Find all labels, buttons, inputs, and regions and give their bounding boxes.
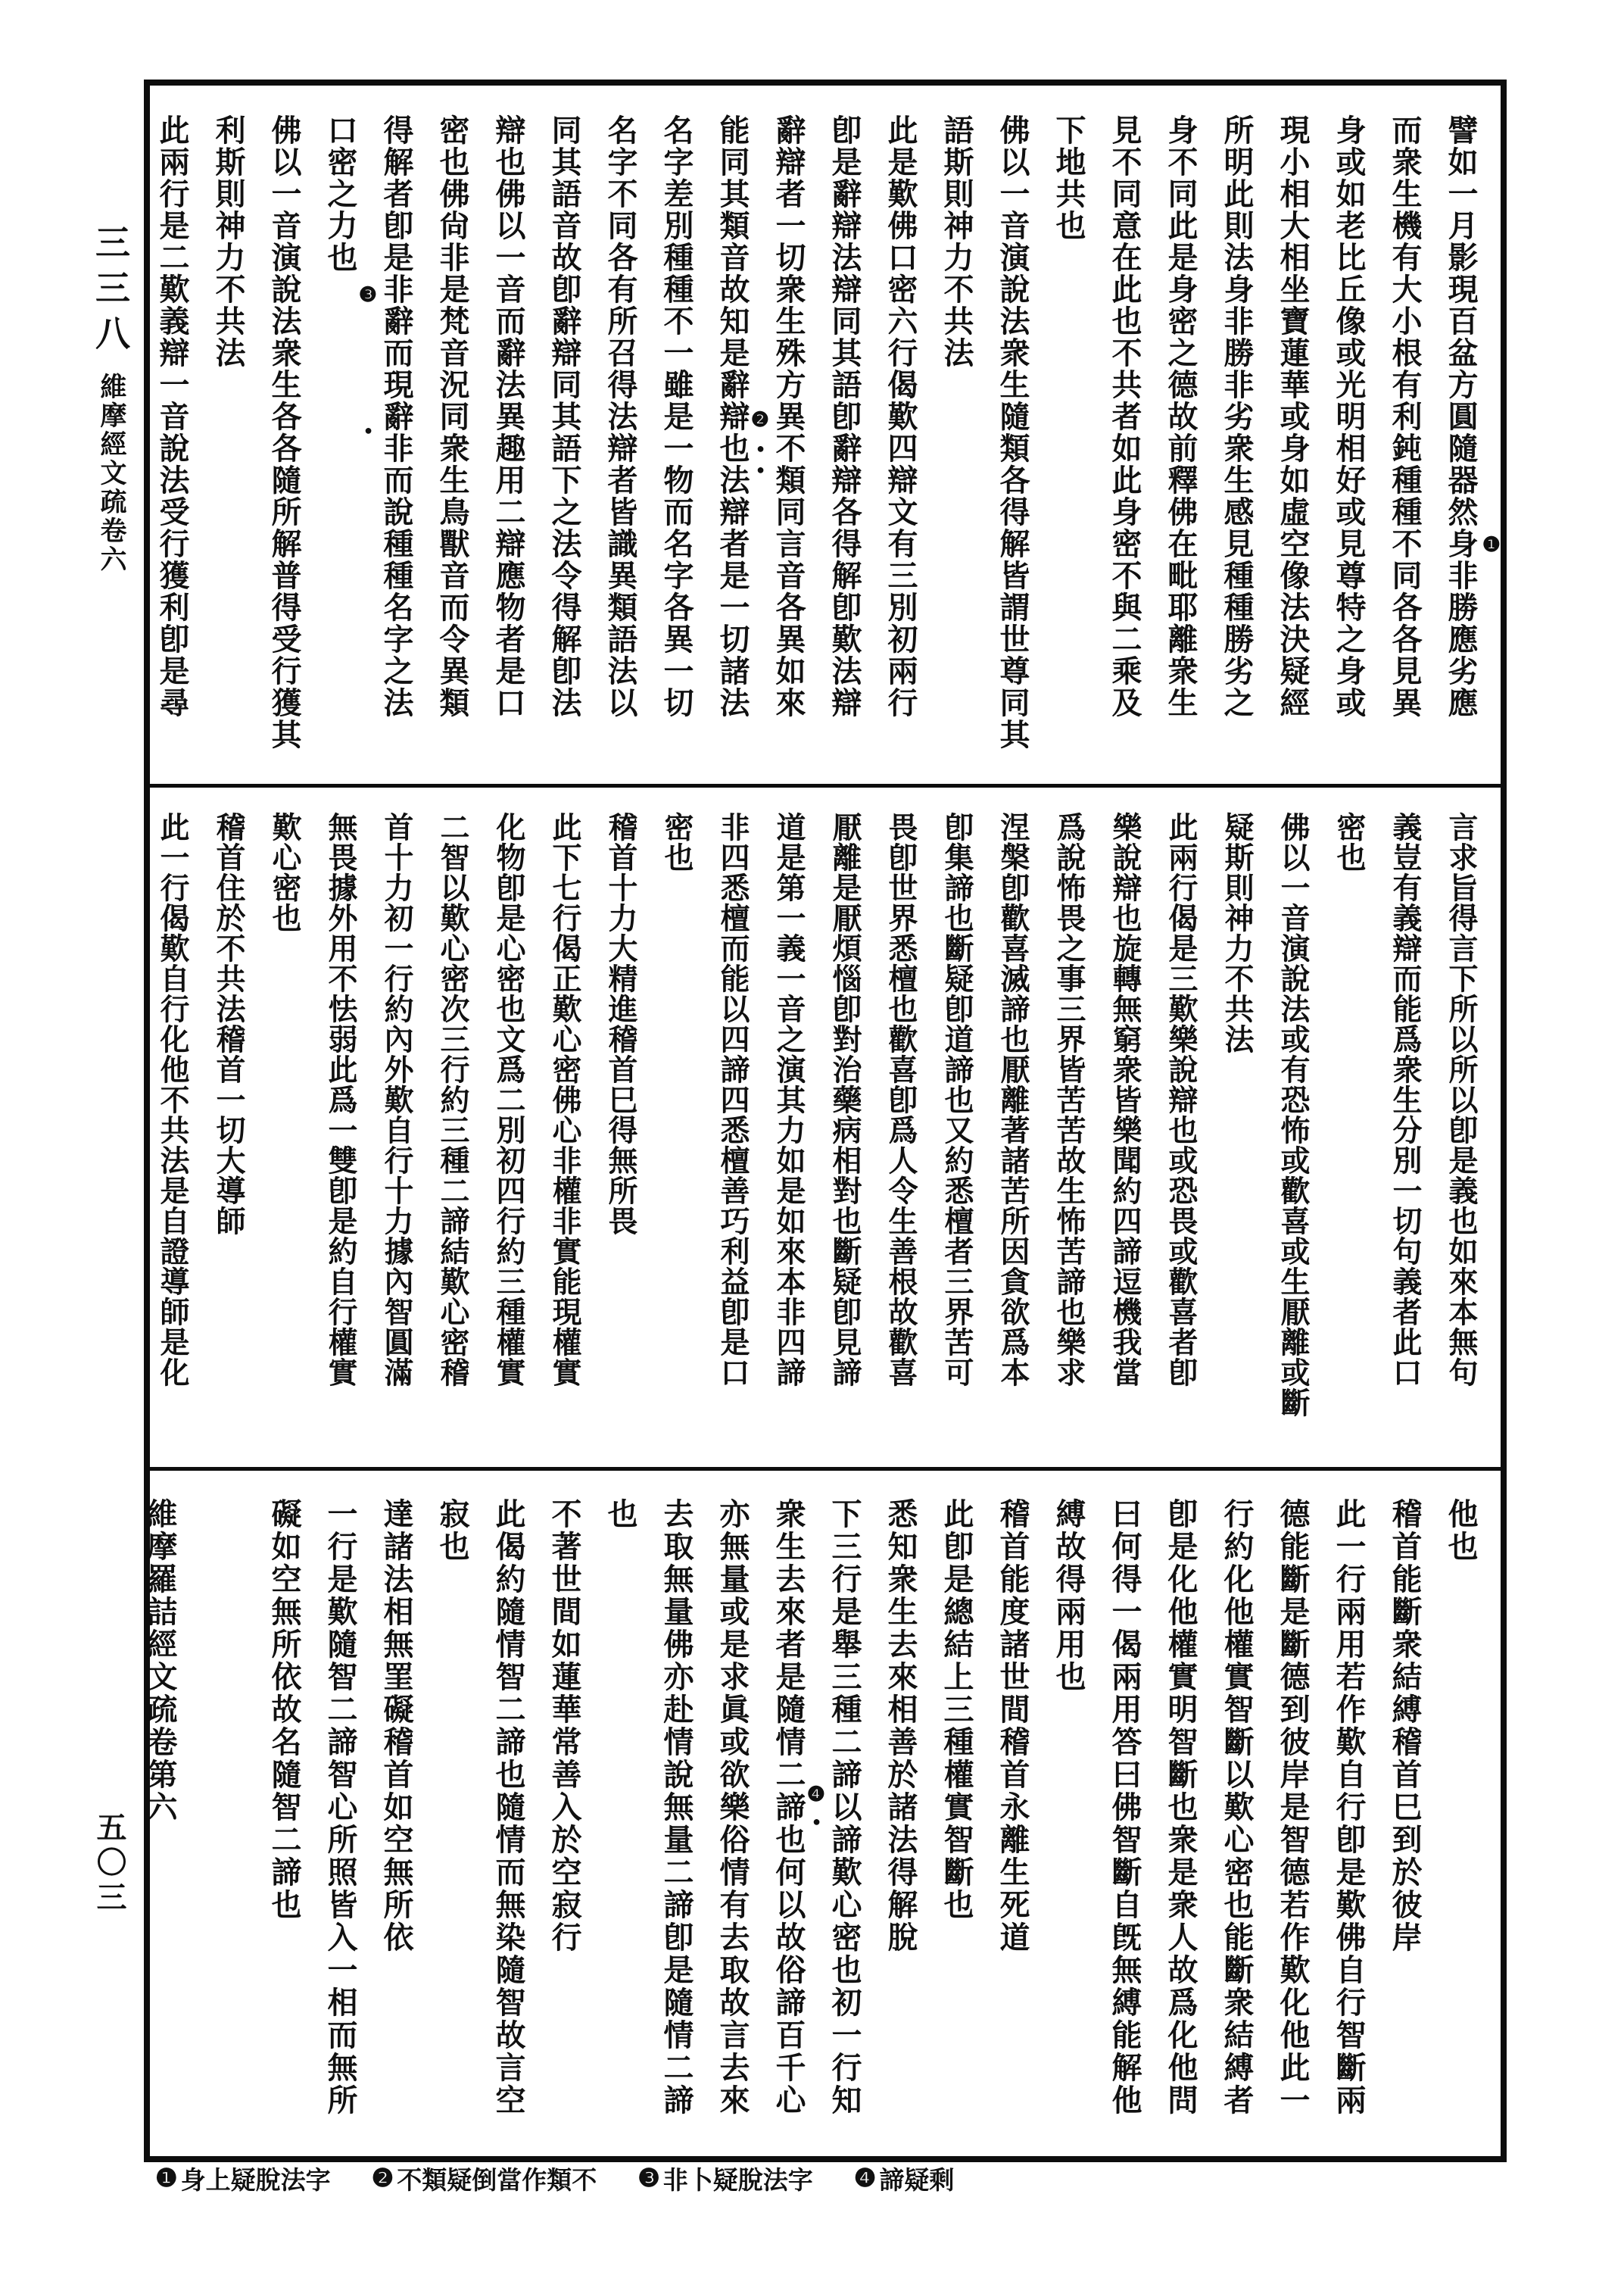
text-column: 化物卽是心密也文爲二別初四行約三種權實 xyxy=(480,812,536,1465)
emphasis-dot-mark: ● xyxy=(364,423,372,437)
text-column: 歎心密也 xyxy=(256,812,312,1465)
footnote-marker: ❶ xyxy=(155,2163,178,2193)
text-column: 寂也 xyxy=(424,1498,480,2155)
text-column: 利斯則神力不共法 xyxy=(200,114,256,782)
text-column: 此偈約隨情智二諦也隨情而無染隨智故言空 xyxy=(480,1498,536,2155)
footnote-reference-mark: ❸ xyxy=(359,285,377,305)
text-column: 而衆生機有大小根有利鈍種種不同各各見異 xyxy=(1376,114,1432,782)
text-column: 佛以一音演說法衆生隨類各得解皆謂世尊同其 xyxy=(984,114,1040,782)
text-column: 密也 xyxy=(648,812,704,1465)
colophon-column: 維摩羅詰經文疏卷第六 xyxy=(150,1498,188,2155)
text-column: 悉知衆生去來相善於諸法得解脫 xyxy=(872,1498,928,2155)
text-column: 下三行是舉三種二諦以諦歎心密也初一行知 xyxy=(816,1498,872,2155)
footnote-reference-mark: ❶ xyxy=(1482,535,1501,555)
text-column: 道是第一義一音之演其力如是如來本非四諦 xyxy=(760,812,816,1465)
text-column: 能同其類音故知是辭辯也法辯者是一切諸法 xyxy=(704,114,760,782)
text-column: 去取無量佛亦赴情說無量二諦卽是隨情二諦 xyxy=(648,1498,704,2155)
text-column: 現小相大相坐寶蓮華或身如虛空像法決疑經 xyxy=(1264,114,1320,782)
text-column: 衆生去來者是隨情二諦也何以故俗諦百千心 xyxy=(760,1498,816,2155)
text-column: 樂說辯也旋轉無窮衆皆樂聞約四諦逗機我當 xyxy=(1096,812,1152,1465)
text-column: 此兩行是二歎義辯一音說法受行獲利卽是尋 xyxy=(150,114,200,782)
text-column: 卽是辭辯法辯同其語卽辭辯各得解卽歎法辯 xyxy=(816,114,872,782)
text-column: 佛以一音演說法或有恐怖或歡喜或生厭離或斷 xyxy=(1264,812,1320,1465)
footnote-item: ❸非卜疑脫法字 xyxy=(637,2161,813,2196)
text-column: 口密之力也 xyxy=(312,114,368,782)
text-frame-border: 譬如一月影現百盆方圓隨器然身非勝應劣應而衆生機有大小根有利鈍種種不同各各見異身或… xyxy=(144,80,1507,2162)
text-column: 此一行兩用若作歎自行卽是歎佛自行智斷兩 xyxy=(1320,1498,1376,2155)
text-column: 首十力初一行約內外歎自行十力據內智圓滿 xyxy=(368,812,424,1465)
text-column: 爲說怖畏之事三界皆苦苦故生怖苦諦也樂求 xyxy=(1040,812,1096,1465)
text-column: 密也 xyxy=(1320,812,1376,1465)
emphasis-dot-mark: ● xyxy=(756,442,765,455)
footnote-marker: ❹ xyxy=(854,2163,877,2193)
emphasis-dot-mark: ● xyxy=(756,463,765,476)
footnote-text: 不類疑倒當作類不 xyxy=(397,2161,597,2196)
text-column: 語斯則神力不共法 xyxy=(928,114,984,782)
footnote-text: 身上疑脫法字 xyxy=(181,2161,331,2196)
text-column: 得解者卽是非辭而現辭非而說種種名字之法 xyxy=(368,114,424,782)
margin-page-number: 五〇三 xyxy=(88,1812,131,1916)
text-column: 行約化他權實智斷以歎心密也能斷衆結縛者 xyxy=(1208,1498,1264,2155)
footnote-reference-mark: ❷ xyxy=(751,410,769,430)
text-column: 身不同此是身密之德故前釋佛在毗耶離衆生 xyxy=(1152,114,1208,782)
text-column: 縛故得兩用也 xyxy=(1040,1498,1096,2155)
footnote-marker: ❷ xyxy=(372,2163,394,2193)
text-band-bottom: 他也稽首能斷衆結縛稽首巳到於彼岸此一行兩用若作歎自行卽是歎佛自行智斷兩德能斷是斷… xyxy=(150,1472,1501,2155)
footnote-row: ❶身上疑脫法字❷不類疑倒當作類不❸非卜疑脫法字❹諦疑剩 xyxy=(155,2163,1291,2193)
text-column: 稽首能斷衆結縛稽首巳到於彼岸 xyxy=(1376,1498,1432,2155)
text-column: 言求旨得言下所以所以卽是義也如來本無句 xyxy=(1432,812,1488,1465)
text-column: 非四悉檀而能以四諦四悉檀善巧利益卽是口 xyxy=(704,812,760,1465)
margin-book-title: 維摩經文疏卷六 xyxy=(92,373,130,574)
text-band-middle: 言求旨得言下所以所以卽是義也如來本無句義豈有義辯而能爲衆生分別一切句義者此口密也… xyxy=(150,789,1501,1465)
text-column: 稽首住於不共法稽首一切大導師 xyxy=(200,812,256,1465)
text-column: 此是歎佛口密六行偈歎四辯文有三別初兩行 xyxy=(872,114,928,782)
text-column: 下地共也 xyxy=(1040,114,1096,782)
text-column: 辭辯者一切衆生殊方異不類同言音各異如來 xyxy=(760,114,816,782)
text-column: 辯也佛以一音而辭法異趣用二辯應物者是口 xyxy=(480,114,536,782)
text-column: 佛以一音演說法衆生各各隨所解普得受行獲其 xyxy=(256,114,312,782)
text-column: 同其語音故卽辭辯同其語下之法令得解卽法 xyxy=(536,114,592,782)
footnote-marker: ❸ xyxy=(637,2163,660,2193)
text-column: 他也 xyxy=(1432,1498,1488,2155)
text-column: 此兩行偈是三歎樂說辯也或恐畏或歡喜者卽 xyxy=(1152,812,1208,1465)
text-column: 稽首能度諸世間稽首永離生死道 xyxy=(984,1498,1040,2155)
text-band-top: 譬如一月影現百盆方圓隨器然身非勝應劣應而衆生機有大小根有利鈍種種不同各各見異身或… xyxy=(150,92,1501,782)
text-column: 卽是化他權實明智斷也衆是衆人故爲化他問 xyxy=(1152,1498,1208,2155)
text-column: 無畏據外用不怯弱此爲一雙卽是約自行權實 xyxy=(312,812,368,1465)
margin-folio-number: 三三八 xyxy=(85,224,135,360)
footnote-item: ❶身上疑脫法字 xyxy=(155,2161,331,2196)
text-column: 名字不同各有所召得法辯者皆識異類語法以 xyxy=(592,114,648,782)
text-column: 不著世間如蓮華常善入於空寂行 xyxy=(536,1498,592,2155)
footnote-text: 諦疑剩 xyxy=(879,2161,954,2196)
text-column: 達諸法相無罣礙稽首如空無所依 xyxy=(368,1498,424,2155)
text-column: 名字差別種種不一雖是一物而名字各異一切 xyxy=(648,114,704,782)
text-column: 此下七行偈正歎心密佛心非權非實能現權實 xyxy=(536,812,592,1465)
text-column: 此一行偈歎自行化他不共法是自證導師是化 xyxy=(150,812,200,1465)
text-column: 此卽是總結上三種權實智斷也 xyxy=(928,1498,984,2155)
emphasis-dot-mark: ● xyxy=(812,1815,821,1828)
band-divider-rule-1 xyxy=(150,784,1501,788)
text-column: 身或如老比丘像或光明相好或見尊特之身或 xyxy=(1320,114,1376,782)
text-column: 所明此則法身非勝非劣衆生感見種種勝劣之 xyxy=(1208,114,1264,782)
text-column: 密也佛尙非是梵音況同衆生鳥獸音而令異類 xyxy=(424,114,480,782)
text-column: 畏卽世界悉檀也歡喜卽爲人令生善根故歡喜 xyxy=(872,812,928,1465)
band-divider-rule-2 xyxy=(150,1467,1501,1471)
text-column: 涅槃卽歡喜滅諦也厭離著諸苦所因貪欲爲本 xyxy=(984,812,1040,1465)
text-column: 卽集諦也斷疑卽道諦也又約悉檀者三界苦可 xyxy=(928,812,984,1465)
text-column: 也 xyxy=(592,1498,648,2155)
text-column: 礙如空無所依故名隨智二諦也 xyxy=(256,1498,312,2155)
text-column: 德能斷是斷德到彼岸是智德若作歎化他此一 xyxy=(1264,1498,1320,2155)
text-column: 厭離是厭煩惱卽對治藥病相對也斷疑卽見諦 xyxy=(816,812,872,1465)
text-column: 曰何得一偈兩用答曰佛智斷自旣無縛能解他 xyxy=(1096,1498,1152,2155)
footnote-text: 非卜疑脫法字 xyxy=(663,2161,813,2196)
footnote-reference-mark: ❹ xyxy=(807,1784,825,1805)
scanned-book-page: 三三八 維摩經文疏卷六 五〇三 譬如一月影現百盆方圓隨器然身非勝應劣應而衆生機有… xyxy=(0,0,1624,2272)
footnote-item: ❷不類疑倒當作類不 xyxy=(372,2161,597,2196)
text-column: 二智以歎心密次三行約三種二諦結歎心密稽 xyxy=(424,812,480,1465)
text-column: 見不同意在此也不共者如此身密不與二乘及 xyxy=(1096,114,1152,782)
text-column: 亦無量或是求眞或欲樂俗情有去取故言去來 xyxy=(704,1498,760,2155)
text-column: 稽首十力大精進稽首巳得無所畏 xyxy=(592,812,648,1465)
text-column: 義豈有義辯而能爲衆生分別一切句義者此口 xyxy=(1376,812,1432,1465)
text-column: 疑斯則神力不共法 xyxy=(1208,812,1264,1465)
text-column: 一行是歎隨智二諦智心所照皆入一相而無所 xyxy=(312,1498,368,2155)
text-column: 譬如一月影現百盆方圓隨器然身非勝應劣應 xyxy=(1432,114,1488,782)
footnote-item: ❹諦疑剩 xyxy=(854,2161,955,2196)
